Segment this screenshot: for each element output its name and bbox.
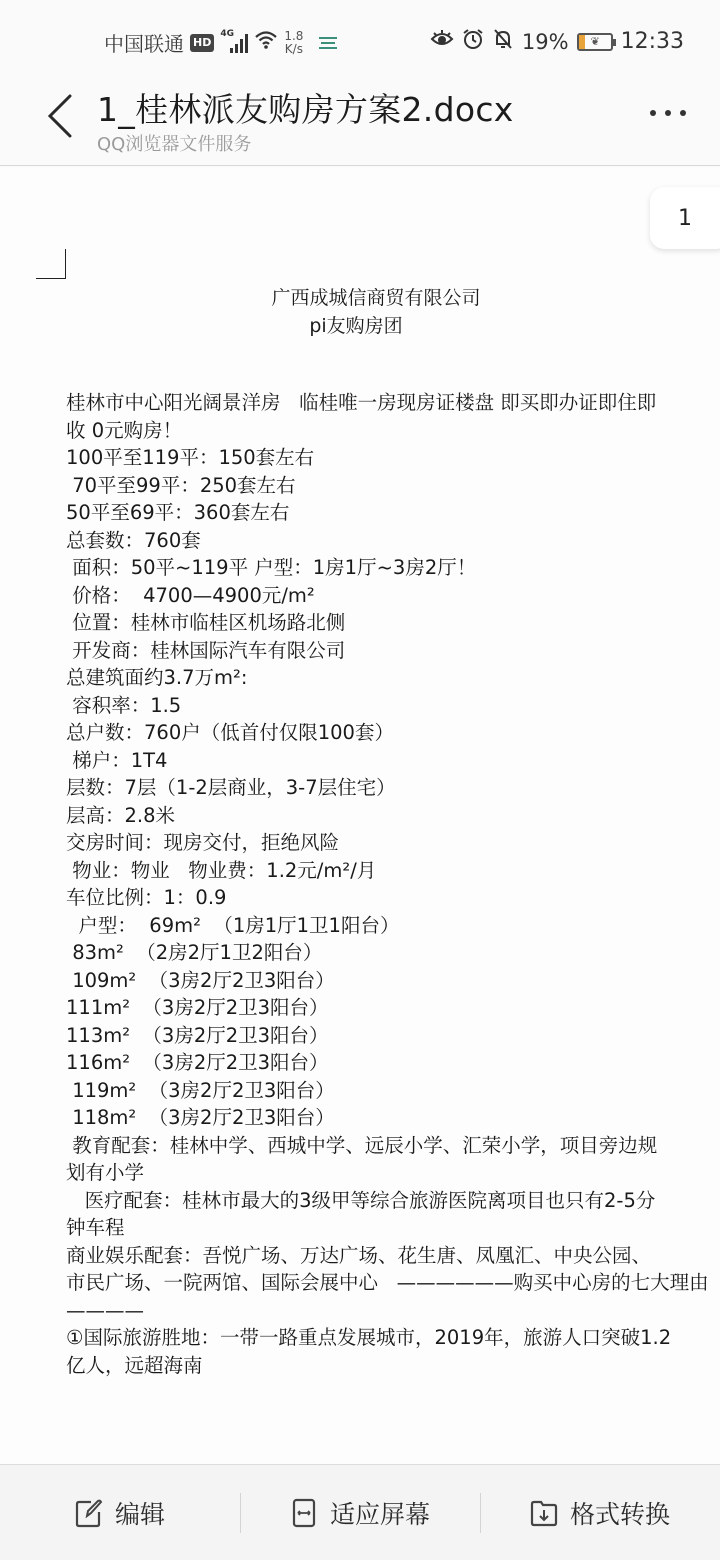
folder-download-icon xyxy=(530,1498,558,1528)
more-options-button[interactable] xyxy=(650,110,686,116)
speed-value: 1.8 xyxy=(284,30,303,43)
document-line: 111m² （3房2厅2卫3阳台） xyxy=(66,994,720,1022)
fit-screen-button[interactable]: 适应屏幕 xyxy=(240,1465,480,1560)
document-line: 教育配套：桂林中学、西城中学、远辰小学、汇荣小学，项目旁边规 xyxy=(66,1132,720,1160)
network-speed: 1.8 K/s xyxy=(284,30,303,56)
alarm-icon xyxy=(462,28,484,55)
document-line: 桂林市中心阳光阔景洋房 临桂唯一房现房证楼盘 即买即办证即住即 xyxy=(66,389,720,417)
edit-label: 编辑 xyxy=(115,1495,165,1531)
status-left: 中国联通 HD 4G 1.8 K/s xyxy=(104,28,337,57)
document-line: 109m² （3房2厅2卫3阳台） xyxy=(66,967,720,995)
battery-percent: 19% xyxy=(522,30,569,54)
bottom-toolbar: 编辑 适应屏幕 格式转换 xyxy=(0,1464,720,1560)
document-line: 梯户：1T4 xyxy=(66,747,720,775)
status-right: 19% ❦ 12:33 xyxy=(430,28,684,55)
document-line: 118m² （3房2厅2卫3阳台） xyxy=(66,1104,720,1132)
document-line: 位置：桂林市临桂区机场路北侧 xyxy=(66,609,720,637)
document-line: 开发商：桂林国际汽车有限公司 xyxy=(66,637,720,665)
document-line: 113m² （3房2厅2卫3阳台） xyxy=(66,1022,720,1050)
document-line: 亿人，远超海南 xyxy=(66,1352,720,1380)
chevron-left-icon xyxy=(40,90,80,142)
document-line: 116m² （3房2厅2卫3阳台） xyxy=(66,1049,720,1077)
document-line: ①国际旅游胜地：一带一路重点发展城市，2019年，旅游人口突破1.2 xyxy=(66,1324,720,1352)
document-line: 交房时间：现房交付，拒绝风险 xyxy=(66,829,720,857)
company-heading: 广西成城信商贸有限公司 xyxy=(16,283,720,310)
document-line: 层高：2.8米 xyxy=(66,802,720,830)
document-line: 钟车程 xyxy=(66,1214,720,1242)
document-line: 商业娱乐配套：吾悦广场、万达广场、花生唐、凤凰汇、中央公园、 xyxy=(66,1242,720,1270)
format-convert-button[interactable]: 格式转换 xyxy=(480,1465,720,1560)
document-line: 119m² （3房2厅2卫3阳台） xyxy=(66,1077,720,1105)
document-line: 医疗配套：桂林市最大的3级甲等综合旅游医院离项目也只有2-5分 xyxy=(66,1187,720,1215)
document-line: 83m² （2房2厅1卫2阳台） xyxy=(66,939,720,967)
cell-signal-icon: 4G xyxy=(220,33,248,53)
document-line: 70平至99平：250套左右 xyxy=(66,472,720,500)
fit-width-icon xyxy=(290,1498,318,1528)
fit-screen-label: 适应屏幕 xyxy=(330,1495,430,1531)
document-viewer[interactable]: 1 广西成城信商贸有限公司 pi友购房团 桂林市中心阳光阔景洋房 临桂唯一房现房… xyxy=(0,167,720,1464)
eye-comfort-icon xyxy=(430,29,454,54)
page-indicator: 1 xyxy=(650,187,720,249)
mute-icon xyxy=(492,28,514,55)
document-line: 物业：物业 物业费：1.2元/m²/月 xyxy=(66,857,720,885)
document-line: 容积率：1.5 xyxy=(66,692,720,720)
hd-voice-icon: HD xyxy=(190,34,214,52)
status-bar: 中国联通 HD 4G 1.8 K/s 19% ❦ 12:33 xyxy=(0,0,720,80)
document-line: 总套数：760套 xyxy=(66,527,720,555)
network-type-label: 4G xyxy=(220,29,234,39)
document-line: ———— xyxy=(66,1297,720,1325)
document-line: 价格： 4700—4900元/m² xyxy=(66,582,720,610)
page-corner-mark-top xyxy=(36,249,66,279)
more-dots-icon xyxy=(650,110,656,116)
battery-icon: ❦ xyxy=(577,33,613,51)
speed-unit: K/s xyxy=(284,43,303,56)
document-line: 50平至69平：360套左右 xyxy=(66,499,720,527)
group-heading: pi友购房团 xyxy=(0,311,716,338)
edit-icon xyxy=(75,1498,103,1528)
document-line: 车位比例：1：0.9 xyxy=(66,884,720,912)
notification-sim-icon xyxy=(319,37,337,49)
battery-saver-icon: ❦ xyxy=(591,35,600,48)
document-line: 划有小学 xyxy=(66,1159,720,1187)
document-line: 面积：50平~119平 户型：1房1厅~3房2厅！ xyxy=(66,554,720,582)
document-line: 总建筑面约3.7万m²: xyxy=(66,664,720,692)
document-line: 层数：7层（1-2层商业，3-7层住宅） xyxy=(66,774,720,802)
document-line: 总户数：760户（低首付仅限100套） xyxy=(66,719,720,747)
back-button[interactable] xyxy=(40,90,80,142)
document-body: 桂林市中心阳光阔景洋房 临桂唯一房现房证楼盘 即买即办证即住即收 0元购房！10… xyxy=(66,389,720,1379)
document-source: QQ浏览器文件服务 xyxy=(97,130,251,156)
document-title: 1_桂林派友购房方案2.docx xyxy=(97,84,514,131)
document-line: 100平至119平：150套左右 xyxy=(66,444,720,472)
document-line: 户型： 69m² （1房1厅1卫1阳台） xyxy=(66,912,720,940)
format-convert-label: 格式转换 xyxy=(570,1495,670,1531)
document-line: 收 0元购房！ xyxy=(66,417,720,445)
wifi-icon xyxy=(254,30,278,55)
clock: 12:33 xyxy=(621,29,684,54)
edit-button[interactable]: 编辑 xyxy=(0,1465,240,1560)
app-header: 1_桂林派友购房方案2.docx QQ浏览器文件服务 xyxy=(0,80,720,166)
carrier-name: 中国联通 xyxy=(104,28,184,57)
document-line: 市民广场、一院两馆、国际会展中心 ——————购买中心房的七大理由 xyxy=(66,1269,720,1297)
